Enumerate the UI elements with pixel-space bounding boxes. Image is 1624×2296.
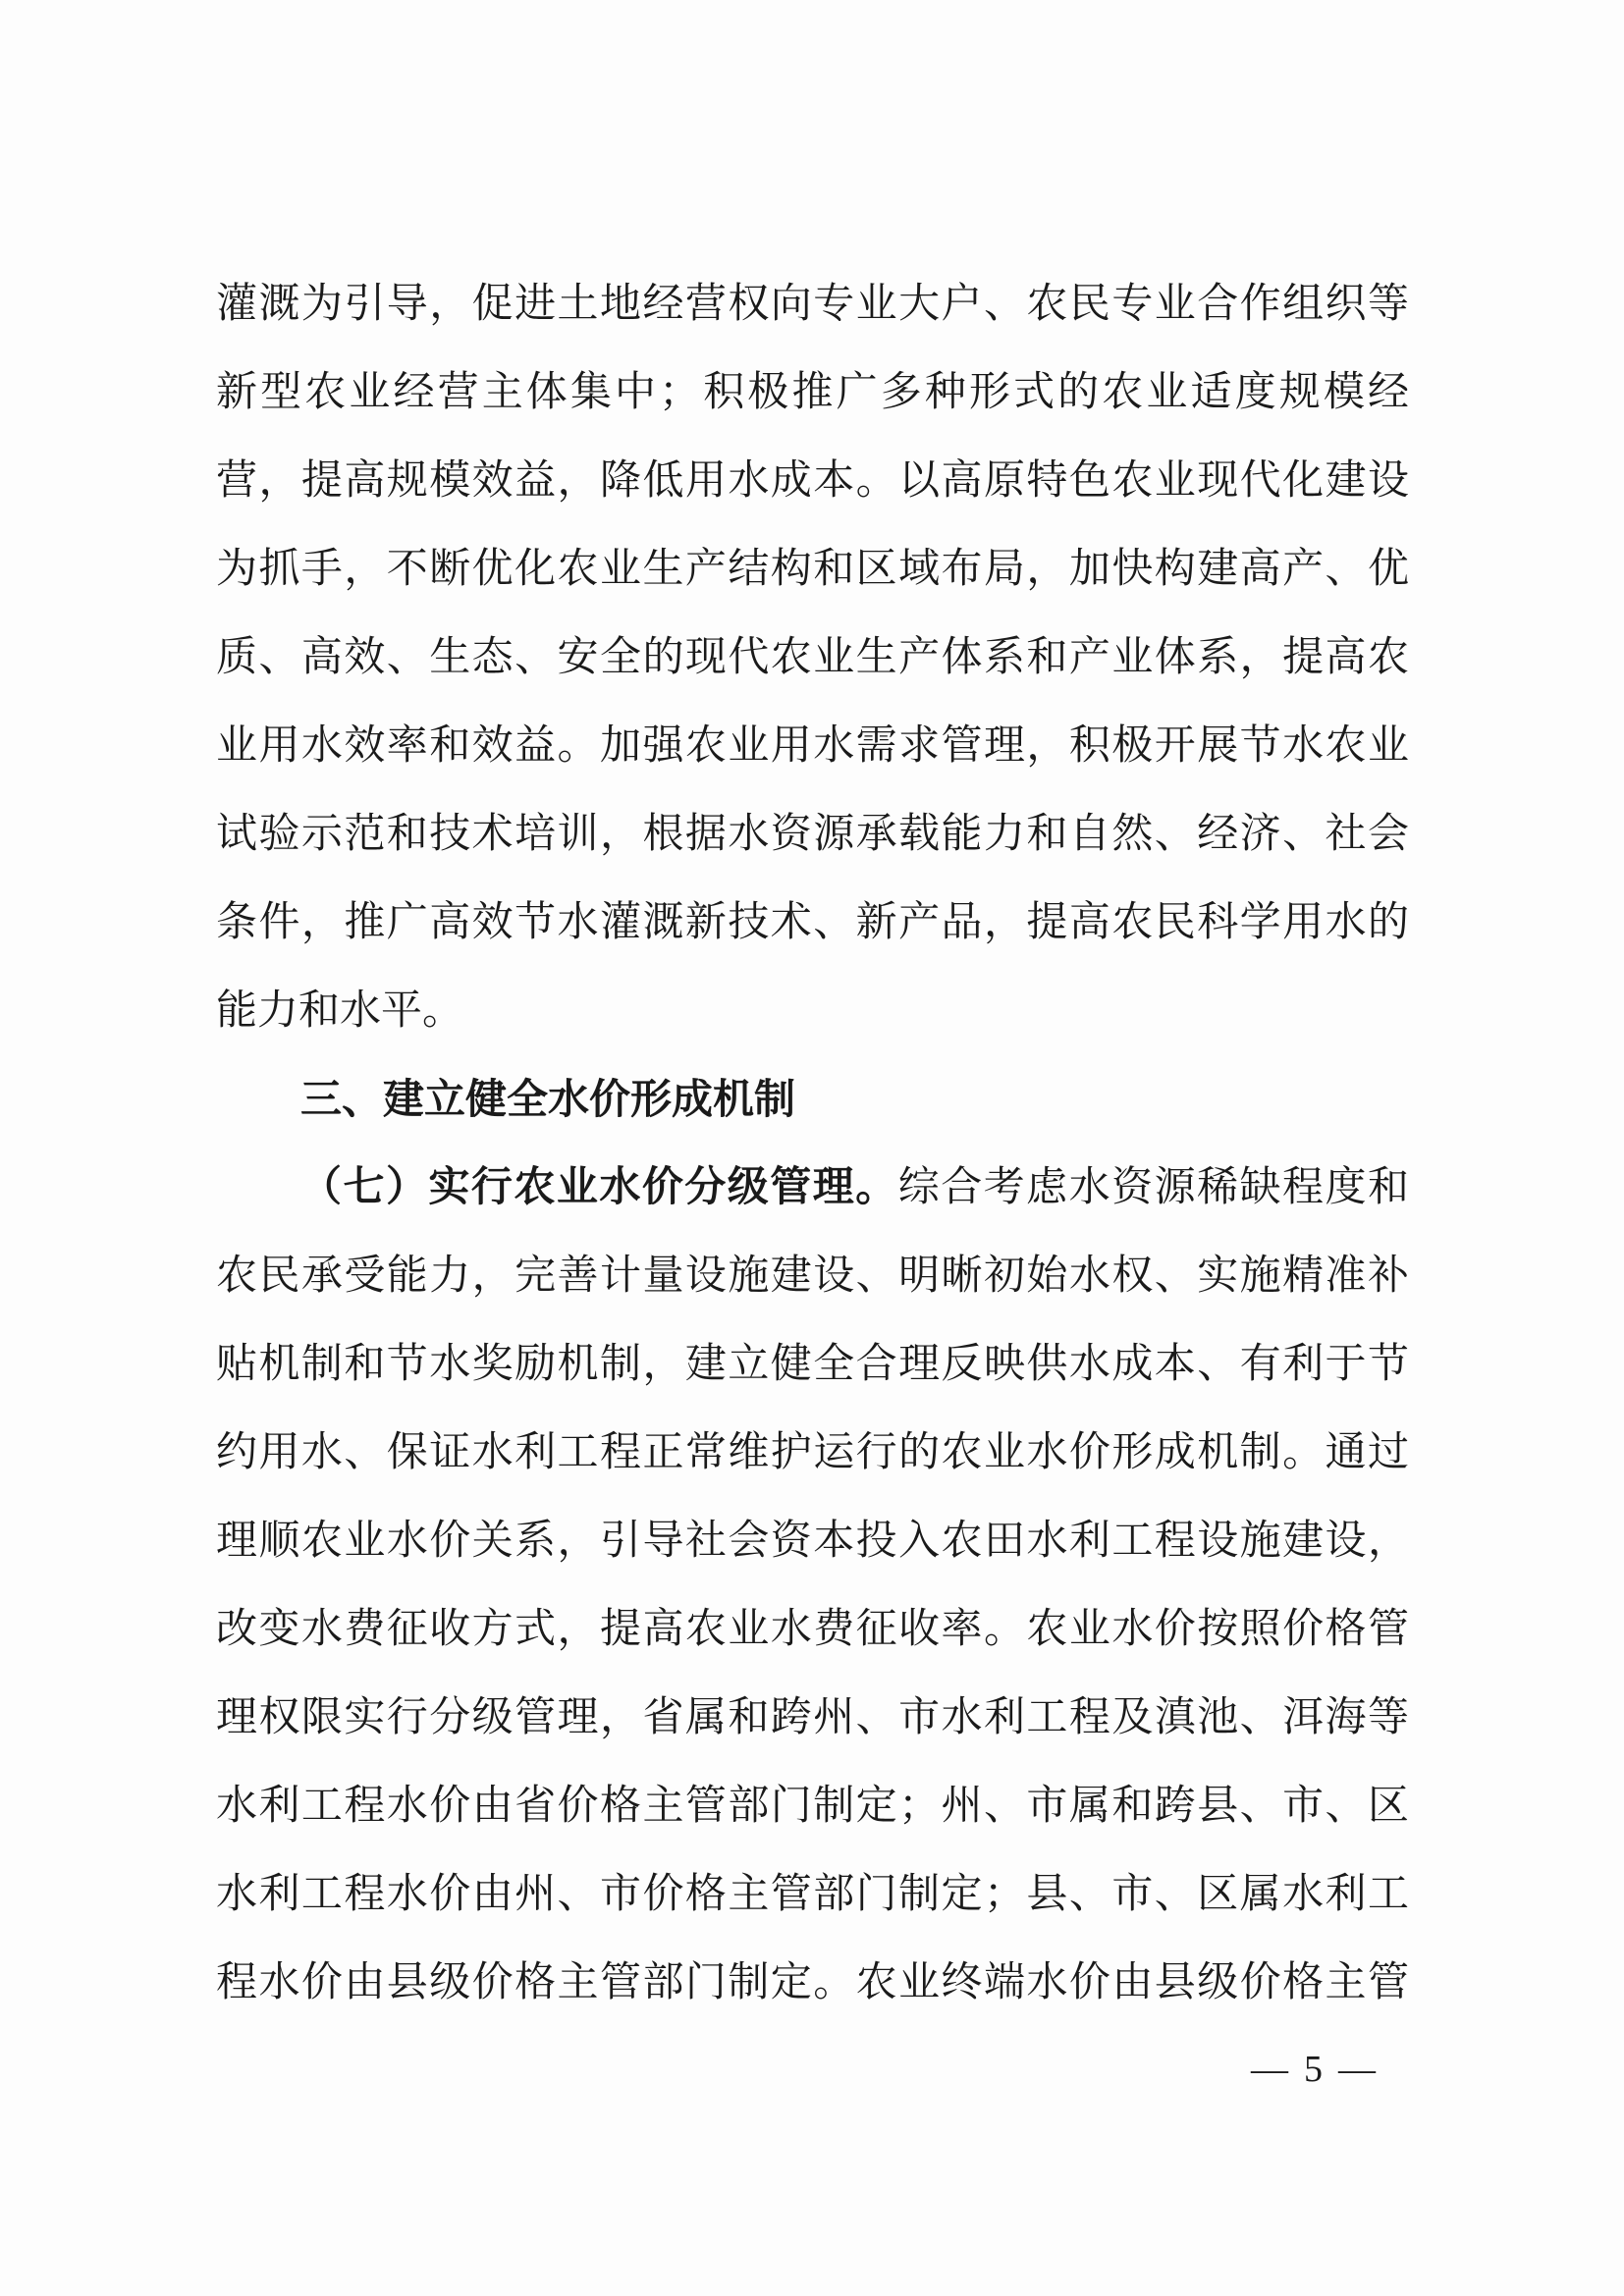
page-number: 5	[1304, 2049, 1323, 2090]
paragraph2-line-2: 农民承受能力，完善计量设施建设、明晰初始水权、实施精准补	[216, 1232, 1409, 1320]
document-page: 灌溉为引导，促进土地经营权向专业大户、农民专业合作组织等 新型农业经营主体集中；…	[0, 0, 1624, 2296]
paragraph2-line-6: 改变水费征收方式，提高农业水费征收率。农业水价按照价格管	[216, 1585, 1409, 1674]
paragraph2-line-3: 贴机制和节水奖励机制，建立健全合理反映供水成本、有利于节	[216, 1320, 1409, 1409]
paragraph2-line-1-rest: 综合考虑水资源稀缺程度和	[898, 1165, 1409, 1210]
document-body: 灌溉为引导，促进土地经营权向专业大户、农民专业合作组织等 新型农业经营主体集中；…	[216, 260, 1409, 2027]
paragraph2-line-9: 水利工程水价由州、市价格主管部门制定；县、市、区属水利工	[216, 1850, 1409, 1939]
paragraph1-line-3: 营，提高规模效益，降低用水成本。以高原特色农业现代化建设	[216, 437, 1409, 525]
paragraph2-line-4: 约用水、保证水利工程正常维护运行的农业水价形成机制。通过	[216, 1409, 1409, 1497]
page-number-right-dash: —	[1338, 2040, 1376, 2099]
paragraph2-line-1: （七）实行农业水价分级管理。综合考虑水资源稀缺程度和	[216, 1144, 1409, 1232]
paragraph1-line-9: 能力和水平。	[216, 967, 1409, 1055]
paragraph1-line-5: 质、高效、生态、安全的现代农业生产体系和产业体系，提高农	[216, 614, 1409, 702]
section-heading: 三、建立健全水价形成机制	[216, 1055, 1409, 1144]
page-footer: —5—	[216, 2040, 1391, 2099]
paragraph1-line-1: 灌溉为引导，促进土地经营权向专业大户、农民专业合作组织等	[216, 260, 1409, 348]
paragraph2-lead: （七）实行农业水价分级管理。	[300, 1165, 898, 1210]
paragraph2-line-10: 程水价由县级价格主管部门制定。农业终端水价由县级价格主管	[216, 1939, 1409, 2027]
page-number-left-dash: —	[1251, 2040, 1288, 2099]
paragraph1-line-7: 试验示范和技术培训，根据水资源承载能力和自然、经济、社会	[216, 790, 1409, 879]
paragraph1-line-4: 为抓手，不断优化农业生产结构和区域布局，加快构建高产、优	[216, 525, 1409, 614]
paragraph1-line-6: 业用水效率和效益。加强农业用水需求管理，积极开展节水农业	[216, 702, 1409, 790]
paragraph2-line-7: 理权限实行分级管理，省属和跨州、市水利工程及滇池、洱海等	[216, 1674, 1409, 1762]
paragraph2-line-5: 理顺农业水价关系，引导社会资本投入农田水利工程设施建设，	[216, 1497, 1409, 1585]
paragraph1-line-8: 条件，推广高效节水灌溉新技术、新产品，提高农民科学用水的	[216, 879, 1409, 967]
paragraph1-line-2: 新型农业经营主体集中；积极推广多种形式的农业适度规模经	[216, 348, 1409, 437]
paragraph2-line-8: 水利工程水价由省价格主管部门制定；州、市属和跨县、市、区	[216, 1762, 1409, 1850]
